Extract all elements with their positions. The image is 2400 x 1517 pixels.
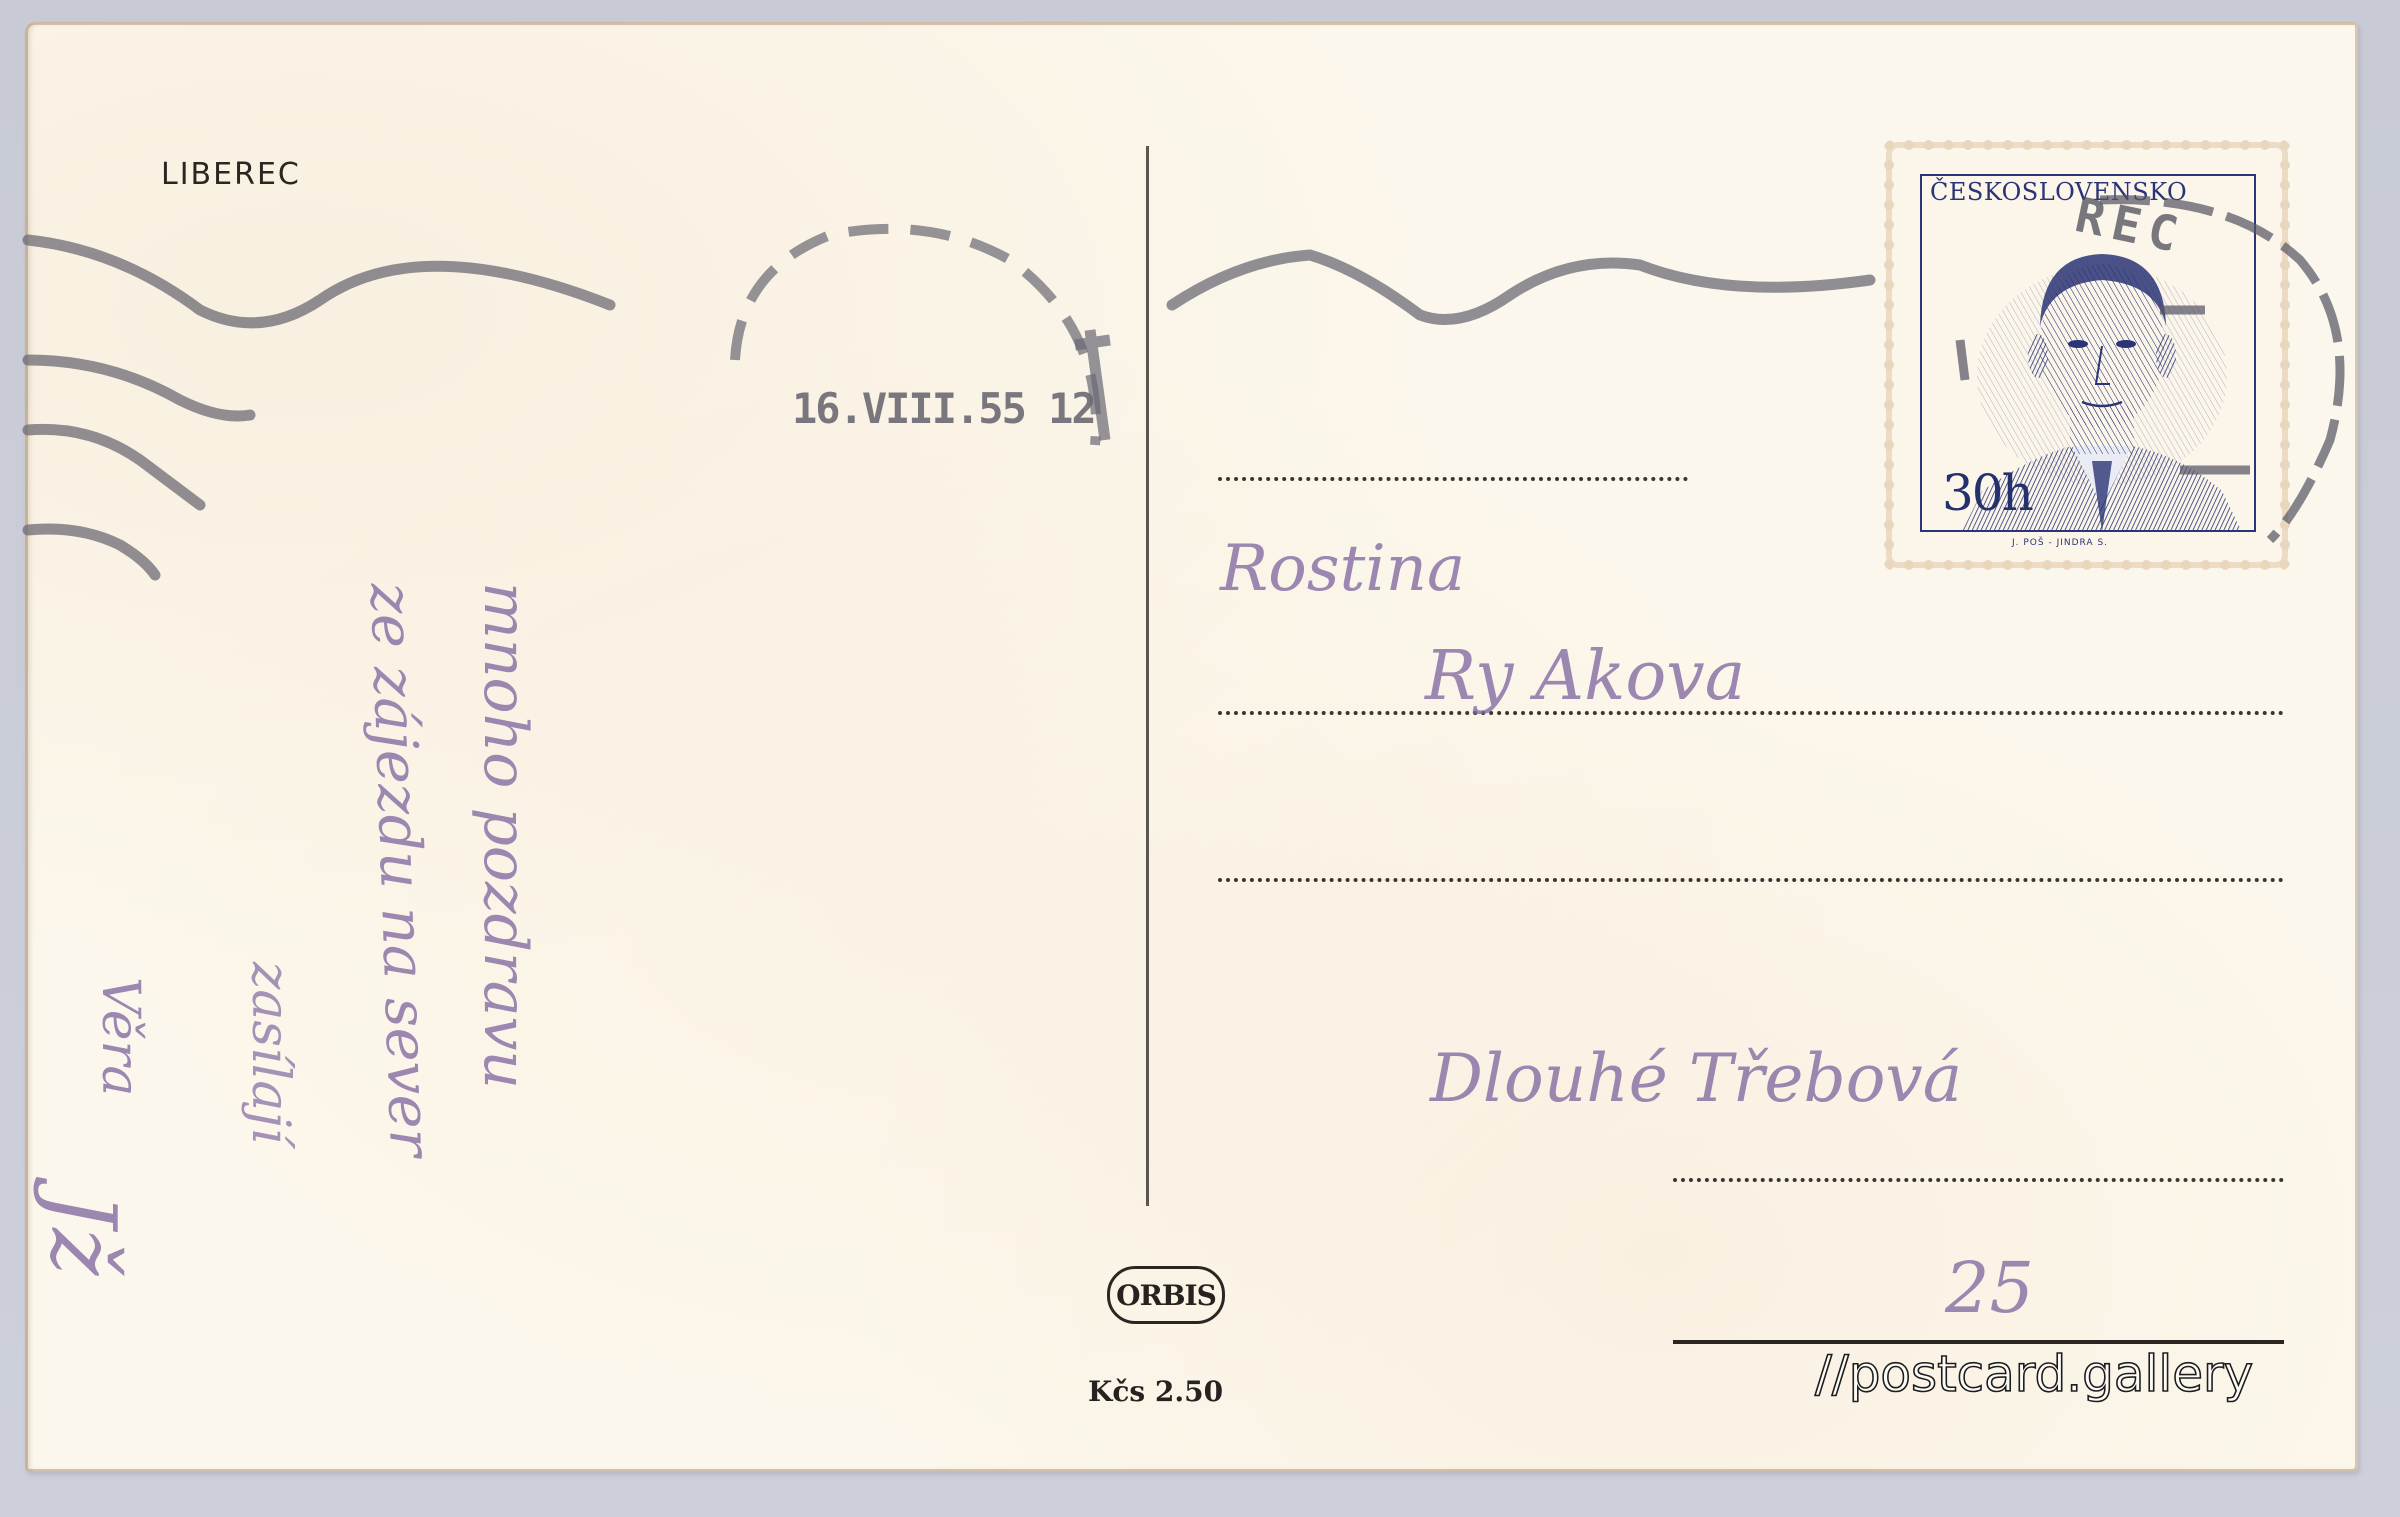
price-label: Kčs 2.50	[1088, 1375, 1223, 1408]
stamp-denomination: 30h	[1942, 464, 2032, 522]
message-handwriting-3: zasílají	[240, 962, 300, 1144]
postcard-back: LIBEREC ORBIS Kčs 2.50	[25, 22, 2358, 1472]
message-handwriting-1: mnoho pozdravu	[470, 582, 540, 1089]
address-line-4	[1673, 1178, 2284, 1182]
address-handwriting-4: 25	[1945, 1247, 2034, 1329]
address-line-1	[1218, 477, 1688, 481]
center-divider-line	[1146, 146, 1149, 1206]
address-line-3	[1218, 878, 2284, 882]
watermark-text: //postcard.gallery	[1815, 1345, 2253, 1403]
address-handwriting-2: Ry Akova	[1425, 637, 1745, 716]
message-handwriting-2: ze zájezdu na sever	[357, 582, 445, 1158]
message-handwriting-4: Věra	[90, 977, 150, 1096]
scan-background: LIBEREC ORBIS Kčs 2.50	[0, 0, 2400, 1517]
place-title: LIBEREC	[161, 157, 301, 192]
address-handwriting-1: Rostina	[1220, 532, 1465, 606]
address-line-2	[1218, 711, 2284, 715]
postmark-date: 16.VIII.55 12	[792, 384, 1095, 433]
publisher-logo: ORBIS	[1107, 1266, 1225, 1324]
message-handwriting-5: Jž	[30, 1192, 135, 1276]
address-handwriting-3: Dlouhé Třebová	[1430, 1040, 1962, 1117]
stamp-engraver-credit: J. POŠ - JINDRA S.	[2012, 538, 2108, 548]
address-line-5	[1673, 1340, 2284, 1344]
